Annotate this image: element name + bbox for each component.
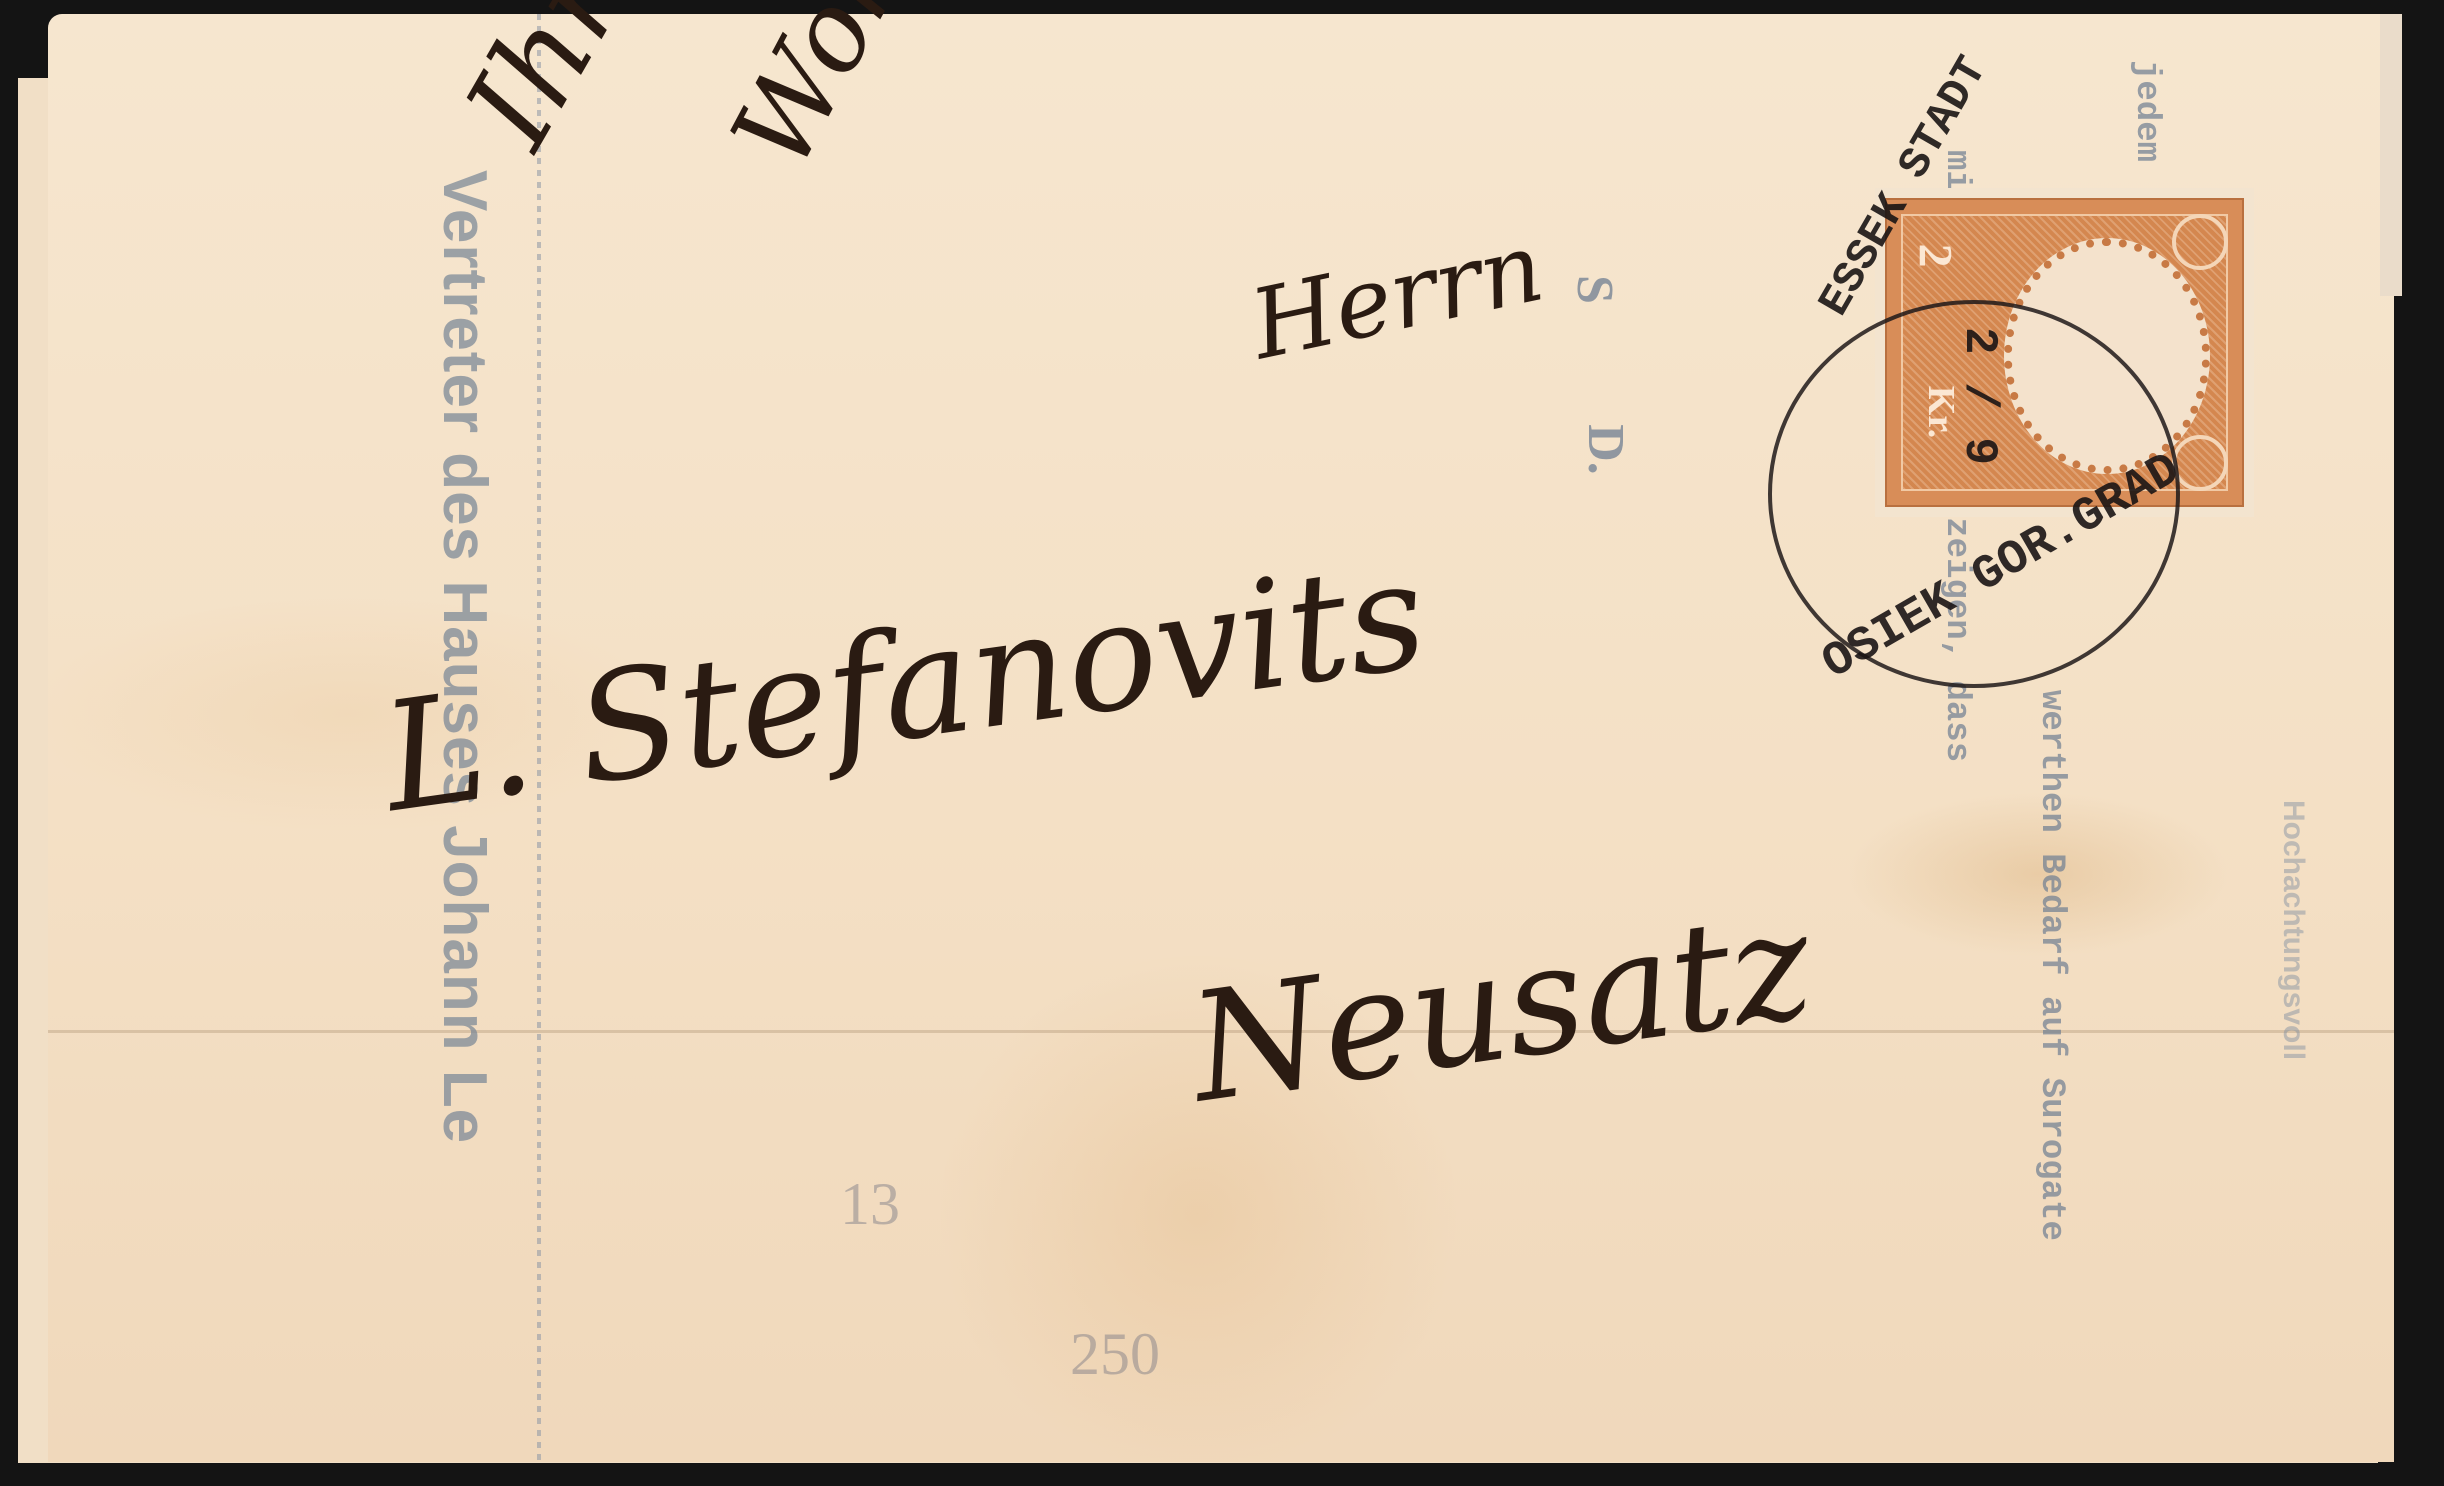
monogram-d: D. <box>1576 424 1635 475</box>
pencil-note-1: 13 <box>840 1170 900 1239</box>
printed-text-column-2: werthen Bedarf auf Surogate <box>2032 690 2070 1241</box>
pencil-note-2: 250 <box>1070 1320 1160 1389</box>
stamp-value: 2 <box>1908 244 1963 268</box>
paper-edge-tab <box>2380 14 2402 296</box>
printed-faded-column: Hochachtungsvoll <box>2276 800 2310 1060</box>
rosette-icon <box>2172 214 2228 270</box>
postmark-date: 2 / 9 <box>1953 327 2005 465</box>
monogram-s: S <box>1565 275 1624 304</box>
